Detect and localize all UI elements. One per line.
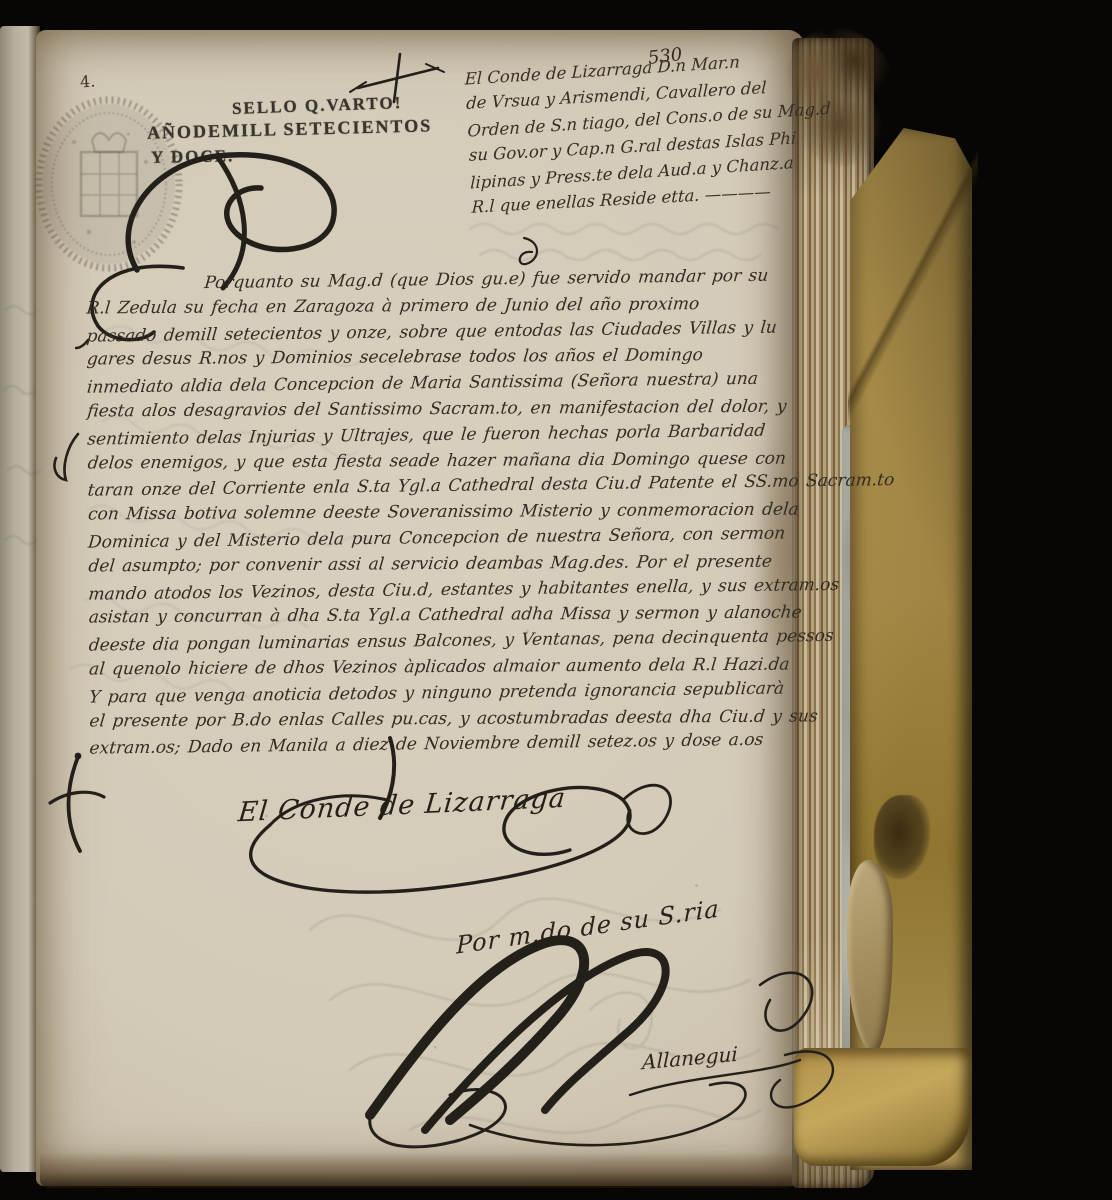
margin-mark-j: [48, 428, 84, 488]
handwritten-corner-number: 4.: [79, 71, 96, 91]
escribano-rubric: [330, 925, 870, 1155]
heading-block: El Conde de Lizarraga D.n Mar.n de Vrsua…: [464, 47, 808, 220]
ink-bleed-through: [0, 300, 36, 560]
decree-body: Porquanto su Mag.d (que Dios gu.e) fue s…: [86, 266, 801, 761]
photograph-of-manuscript: 4. 530 SELLO Q.VARTO! AÑODEMILL SETECIEN…: [0, 0, 1112, 1200]
small-squiggle-mark: [512, 230, 552, 274]
